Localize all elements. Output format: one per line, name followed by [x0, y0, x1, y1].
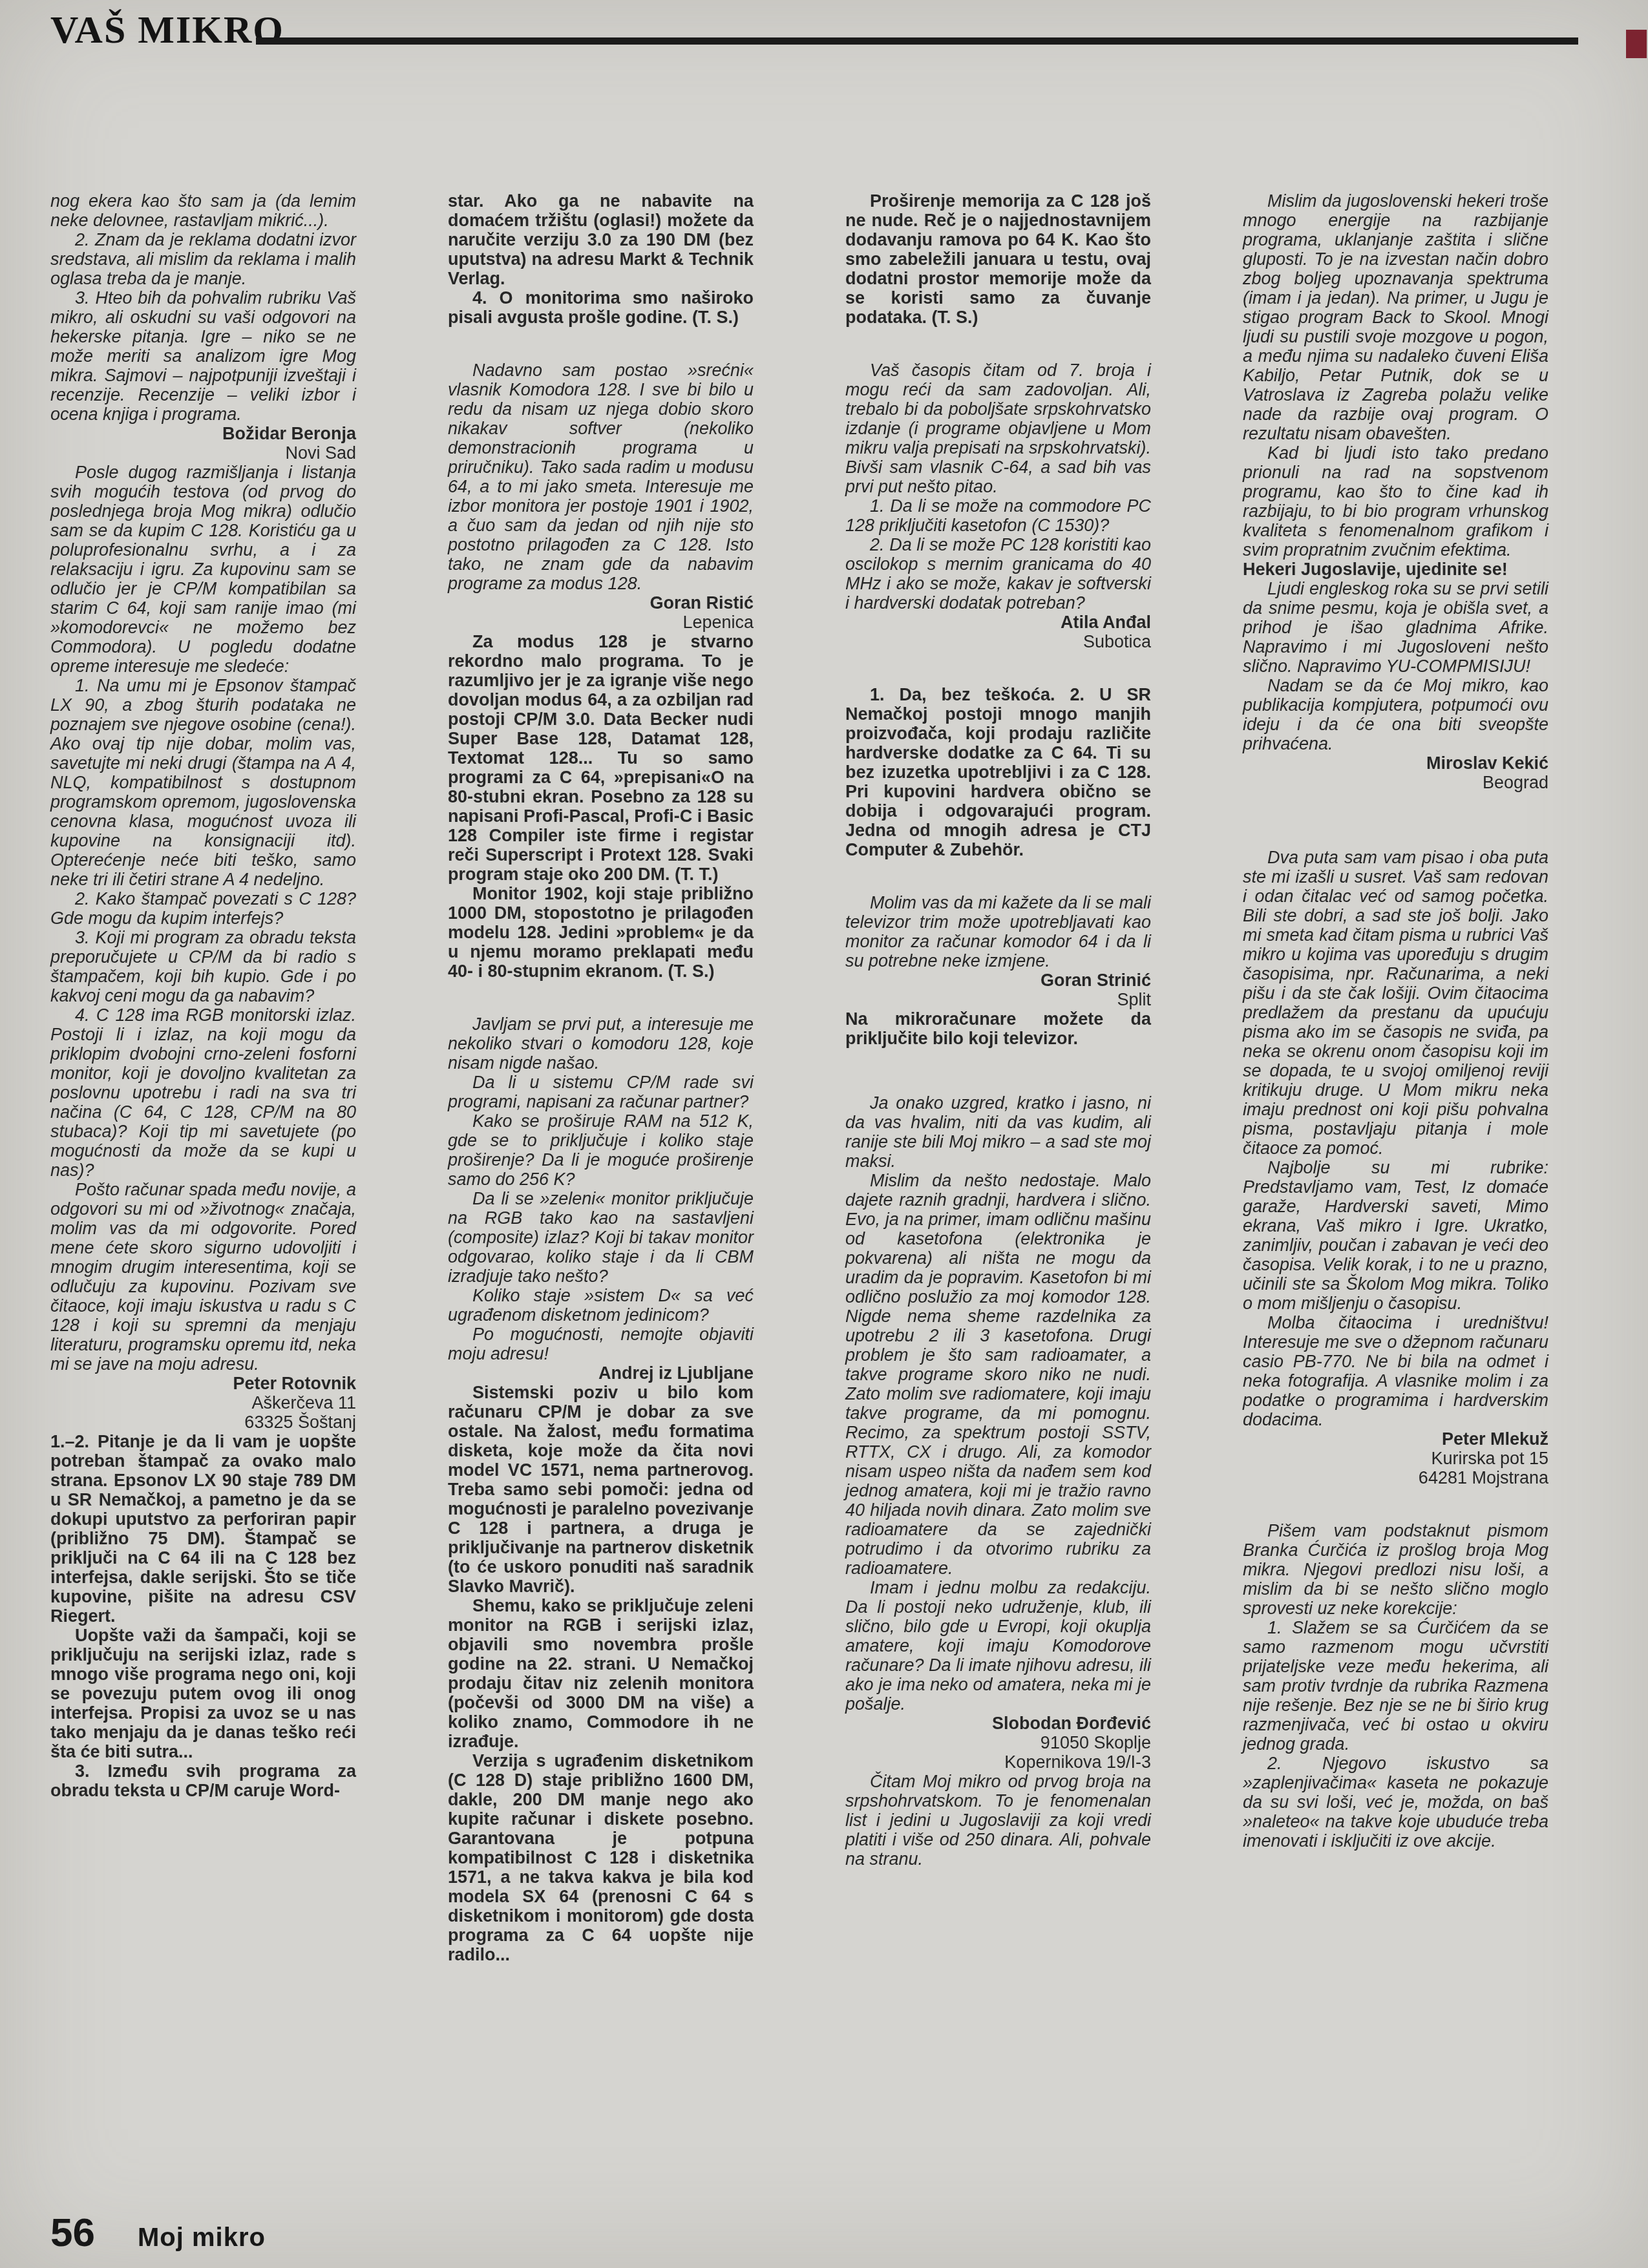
editor-answer-paragraph: Uopšte važi da šampači, koji se priključ…: [50, 1626, 356, 1761]
letter-paragraph: 2. Znam da je reklama dodatni izvor sred…: [50, 230, 356, 288]
signature-address: Kopernikova 19/I-3: [845, 1752, 1151, 1772]
letter-paragraph: Imam i jednu molbu za redakciju. Da li p…: [845, 1578, 1151, 1714]
masthead-rule: [256, 37, 1578, 45]
signature-address: 64281 Mojstrana: [1243, 1468, 1548, 1487]
letter-paragraph: Čitam Moj mikro od prvog broja na srpsho…: [845, 1772, 1151, 1869]
signature-address: Kurirska pot 15: [1243, 1449, 1548, 1468]
letter-paragraph: Da li se »zeleni« monitor priključuje na…: [448, 1189, 754, 1286]
corner-mark: [1626, 30, 1647, 58]
editor-answer-paragraph: 1.–2. Pitanje je da li vam je uopšte pot…: [50, 1432, 356, 1626]
letter-paragraph: Pišem vam podstaknut pismom Branka Ćurči…: [1243, 1521, 1548, 1618]
letter-paragraph: Dva puta sam vam pisao i oba puta ste mi…: [1243, 848, 1548, 1158]
signature-address: 91050 Skoplje: [845, 1733, 1151, 1752]
signature-address: 63325 Šoštanj: [50, 1412, 356, 1432]
letter-paragraph: 1. Da li se može na commodore PC 128 pri…: [845, 496, 1151, 535]
letter-paragraph: Kako se proširuje RAM na 512 K, gde se t…: [448, 1111, 754, 1189]
letter-paragraph: Nadam se da će Moj mikro, kao publikacij…: [1243, 676, 1548, 753]
letter-paragraph: Javljam se prvi put, a interesuje me nek…: [448, 1014, 754, 1073]
letter-paragraph: Vaš časopis čitam od 7. broja i mogu reć…: [845, 361, 1151, 496]
signature-name: Peter Mlekuž: [1243, 1429, 1548, 1449]
page-footer: 56 Moj mikro: [50, 2210, 266, 2256]
editor-answer-paragraph: Monitor 1902, koji staje približno 1000 …: [448, 884, 754, 981]
editor-answer-paragraph: Verzija s ugrađenim disketnikom (C 128 D…: [448, 1751, 754, 1964]
letter-paragraph: 2. Da li se može PC 128 koristiti kao os…: [845, 535, 1151, 613]
signature-address: Aškerčeva 11: [50, 1393, 356, 1412]
signature-name: Miroslav Kekić: [1243, 753, 1548, 773]
magazine-page: VAŠ MIKRO nog ekera kao što sam ja (da l…: [0, 0, 1648, 2268]
letter-paragraph: 2. Kako štampač povezati s C 128? Gde mo…: [50, 889, 356, 928]
signature-name: Goran Ristić: [448, 593, 754, 613]
signature-address: Novi Sad: [50, 443, 356, 463]
letter-paragraph: Po mogućnosti, nemojte objaviti moju adr…: [448, 1325, 754, 1363]
letter-paragraph: Nadavno sam postao »srećni« vlasnik Komo…: [448, 361, 754, 593]
letter-paragraph: Pošto računar spada među novije, a odgov…: [50, 1180, 356, 1374]
signature-name: Atila Anđal: [845, 613, 1151, 632]
letter-paragraph: Da li u sistemu CP/M rade svi programi, …: [448, 1073, 754, 1111]
letter-paragraph: 3. Hteo bih da pohvalim rubriku Vaš mikr…: [50, 288, 356, 424]
letter-paragraph: 4. C 128 ima RGB monitorski izlaz. Posto…: [50, 1005, 356, 1180]
letter-paragraph: Ljudi engleskog roka su se prvi setili d…: [1243, 579, 1548, 676]
letter-paragraph: Kad bi ljudi isto tako predano prionuli …: [1243, 443, 1548, 560]
letter-paragraph: 1. Na umu mi je Epsonov štampač LX 90, a…: [50, 676, 356, 889]
letter-paragraph: nog ekera kao što sam ja (da lemim neke …: [50, 191, 356, 230]
editor-answer-paragraph: star. Ako ga ne nabavite na domaćem trži…: [448, 191, 754, 288]
letter-paragraph: 3. Koji mi program za obradu teksta prep…: [50, 928, 356, 1005]
column-3: Proširenje memorija za C 128 još ne nude…: [845, 191, 1151, 1964]
letter-paragraph: Mislim da jugoslovenski hekeri troše mno…: [1243, 191, 1548, 443]
column-2: star. Ako ga ne nabavite na domaćem trži…: [448, 191, 754, 1964]
editor-answer-paragraph: 3. Između svih programa za obradu teksta…: [50, 1761, 356, 1800]
signature-address: Beograd: [1243, 773, 1548, 792]
letter-paragraph: Mislim da nešto nedostaje. Malo dajete r…: [845, 1171, 1151, 1578]
letter-paragraph: Najbolje su mi rubrike: Predstavljamo va…: [1243, 1158, 1548, 1313]
magazine-name: Moj mikro: [138, 2223, 266, 2252]
column-1: nog ekera kao što sam ja (da lemim neke …: [50, 191, 356, 1964]
editor-answer-paragraph: Shemu, kako se priključuje zeleni monito…: [448, 1596, 754, 1751]
editor-answer-paragraph: Na mikroračunare možete da priključite b…: [845, 1009, 1151, 1048]
signature-name: Slobodan Đorđević: [845, 1714, 1151, 1733]
page-title: VAŠ MIKRO: [50, 8, 284, 52]
signature-name: Peter Rotovnik: [50, 1374, 356, 1393]
signature-name: Andrej iz Ljubljane: [448, 1363, 754, 1383]
letter-paragraph: Posle dugog razmišljanja i listanja svih…: [50, 463, 356, 676]
signature-name: Božidar Beronja: [50, 424, 356, 443]
signature-address: Lepenica: [448, 613, 754, 632]
letter-paragraph: Molba čitaocima i uredništvu! Interesuje…: [1243, 1313, 1548, 1429]
signature-name: Goran Strinić: [845, 971, 1151, 990]
editor-answer-paragraph: Za modus 128 je stvarno rekordno malo pr…: [448, 632, 754, 884]
column-4: Mislim da jugoslovenski hekeri troše mno…: [1243, 191, 1548, 1964]
editor-answer-paragraph: Proširenje memorija za C 128 još ne nude…: [845, 191, 1151, 327]
slogan-line: Hekeri Jugoslavije, ujedinite se!: [1243, 560, 1548, 579]
signature-address: Split: [845, 990, 1151, 1009]
article-columns: nog ekera kao što sam ja (da lemim neke …: [50, 191, 1548, 1964]
editor-answer-paragraph: 1. Da, bez teškoća. 2. U SR Nemačkoj pos…: [845, 685, 1151, 859]
letter-paragraph: Koliko staje »sistem D« sa već ugrađenom…: [448, 1286, 754, 1325]
letter-paragraph: Molim vas da mi kažete da li se mali tel…: [845, 893, 1151, 971]
letter-paragraph: 1. Slažem se sa Ćurčićem da se samo razm…: [1243, 1618, 1548, 1754]
editor-answer-paragraph: Sistemski poziv u bilo kom računaru CP/M…: [448, 1383, 754, 1596]
editor-answer-paragraph: 4. O monitorima smo naširoko pisali avgu…: [448, 288, 754, 327]
letter-paragraph: Ja onako uzgred, kratko i jasno, ni da v…: [845, 1093, 1151, 1171]
page-number: 56: [50, 2210, 95, 2256]
letter-paragraph: 2. Njegovo iskustvo sa »zaplenjivačima« …: [1243, 1754, 1548, 1851]
signature-address: Subotica: [845, 632, 1151, 651]
